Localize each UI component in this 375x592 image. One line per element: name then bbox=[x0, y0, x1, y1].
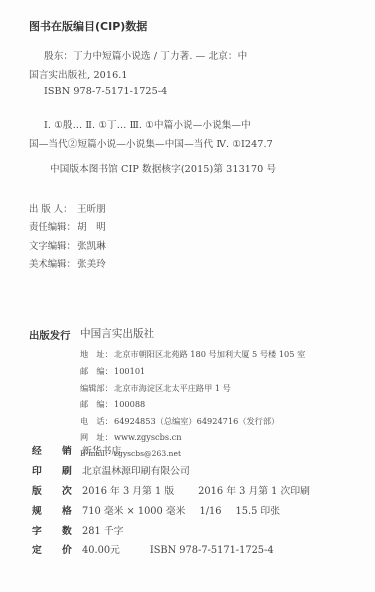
staff-row-text-editor: 文字编辑：张凯琳 bbox=[29, 234, 106, 253]
editorial-postcode: 邮 编：100088 bbox=[80, 399, 145, 410]
detail-label: 网 址： bbox=[80, 432, 114, 443]
publisher-website: 网 址：www.zgyscbs.cn bbox=[80, 432, 182, 443]
detail-label: 邮 编： bbox=[80, 366, 114, 377]
publisher-phone: 电 话：64924853（总编室）64924716（发行部） bbox=[80, 416, 279, 427]
publisher-postcode: 邮 编：100101 bbox=[80, 366, 145, 377]
spec-value: 40.00元 bbox=[82, 545, 120, 556]
detail-label: 电 话： bbox=[80, 416, 114, 427]
spec-value: 15.5 印张 bbox=[235, 506, 280, 517]
spec-row-price: 定价40.00元ISBN 978-7-5171-1725-4 bbox=[32, 542, 274, 556]
spec-value: 2016 年 3 月第 1 次印刷 bbox=[198, 486, 310, 497]
detail-value: 64924853（总编室）64924716（发行部） bbox=[114, 416, 279, 426]
spec-key: 定 bbox=[32, 542, 62, 556]
spec-key: 数 bbox=[62, 523, 82, 537]
spec-key: 规 bbox=[32, 503, 62, 517]
detail-value: 北京市朝阳区北苑路 180 号加利大厦 5 号楼 105 室 bbox=[114, 349, 305, 359]
spec-value: 新华书店 bbox=[82, 446, 121, 457]
spec-row-format: 规格710 毫米 × 1000 毫米1/1615.5 印张 bbox=[32, 503, 280, 517]
staff-label: 美术编辑： bbox=[29, 256, 77, 270]
detail-label: 邮 编： bbox=[80, 399, 114, 410]
spec-key: 刷 bbox=[62, 463, 82, 477]
spec-value: ISBN 978-7-5171-1725-4 bbox=[150, 545, 274, 556]
spec-key: 印 bbox=[32, 463, 62, 477]
spec-value: 710 毫米 × 1000 毫米 bbox=[82, 506, 185, 517]
cip-header: 图书在版编目(CIP)数据 bbox=[29, 18, 147, 34]
spec-key: 次 bbox=[62, 483, 82, 497]
spec-key: 经 bbox=[32, 443, 62, 457]
staff-value: 张凯琳 bbox=[77, 241, 106, 252]
spec-key: 价 bbox=[62, 542, 82, 556]
staff-value: 张美玲 bbox=[77, 259, 106, 270]
cip-classification-line-1: Ⅰ. ①殷… Ⅱ. ①丁… Ⅲ. ①中篇小说—小说集—中 bbox=[44, 117, 251, 131]
spec-row-distributor: 经销新华书店 bbox=[32, 443, 121, 457]
editorial-address: 编辑部：北京市海淀区北太平庄路甲 1 号 bbox=[80, 383, 231, 394]
cip-number: 中国版本图书馆 CIP 数据核字(2015)第 313170 号 bbox=[50, 161, 276, 175]
spec-value: 北京温林源印刷有限公司 bbox=[82, 466, 190, 477]
publisher-address: 地 址：北京市朝阳区北苑路 180 号加利大厦 5 号楼 105 室 bbox=[80, 349, 305, 360]
publisher-label: 出版发行 bbox=[29, 327, 71, 342]
staff-label: 文字编辑： bbox=[29, 238, 77, 252]
staff-row-publisher: 出 版 人：王昕朋 bbox=[29, 197, 106, 216]
cip-isbn: ISBN 978-7-5171-1725-4 bbox=[44, 86, 167, 97]
spec-key: 格 bbox=[62, 503, 82, 517]
publisher-name: 中国言实出版社 bbox=[80, 326, 154, 341]
spec-value: 1/16 bbox=[199, 506, 221, 517]
spec-row-word-count: 字数281 千字 bbox=[32, 523, 123, 537]
detail-label: 地 址： bbox=[80, 349, 114, 360]
spec-key: 版 bbox=[32, 483, 62, 497]
staff-row-art-editor: 美术编辑：张美玲 bbox=[29, 252, 106, 271]
spec-key: 销 bbox=[62, 443, 82, 457]
spec-key: 字 bbox=[32, 523, 62, 537]
detail-value: zgyscbs@263.net bbox=[114, 449, 181, 458]
staff-value: 王昕朋 bbox=[77, 204, 106, 215]
spec-row-printer: 印刷北京温林源印刷有限公司 bbox=[32, 463, 190, 477]
staff-label: 责任编辑： bbox=[29, 219, 77, 233]
staff-row-editor: 责任编辑：胡 明 bbox=[29, 215, 106, 234]
cip-title-line-1: 殷东：丁力中短篇小说选 / 丁力著. — 北京：中 bbox=[44, 48, 247, 62]
detail-label: 编辑部： bbox=[80, 383, 114, 394]
cip-classification-line-2: 国—当代②短篇小说—小说集—中国—当代 Ⅳ. ①I247.7 bbox=[29, 136, 273, 150]
detail-value: www.zgyscbs.cn bbox=[114, 432, 182, 442]
spec-value: 2016 年 3 月第 1 版 bbox=[82, 486, 174, 497]
spec-row-edition: 版次2016 年 3 月第 1 版2016 年 3 月第 1 次印刷 bbox=[32, 483, 310, 497]
spec-value: 281 千字 bbox=[82, 526, 123, 537]
staff-value: 胡 明 bbox=[77, 222, 106, 233]
staff-label: 出 版 人： bbox=[29, 201, 77, 215]
detail-value: 100101 bbox=[114, 366, 145, 376]
cip-title-line-2: 国言实出版社, 2016.1 bbox=[29, 67, 128, 81]
detail-value: 北京市海淀区北太平庄路甲 1 号 bbox=[114, 383, 231, 393]
detail-value: 100088 bbox=[114, 399, 145, 409]
